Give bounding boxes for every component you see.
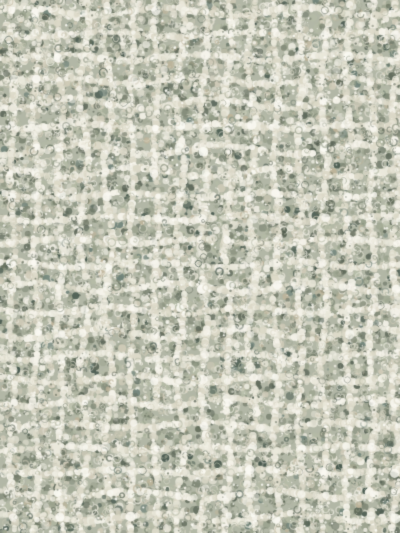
rug-texture-canvas — [0, 0, 400, 533]
rug-texture-photo — [0, 0, 400, 533]
